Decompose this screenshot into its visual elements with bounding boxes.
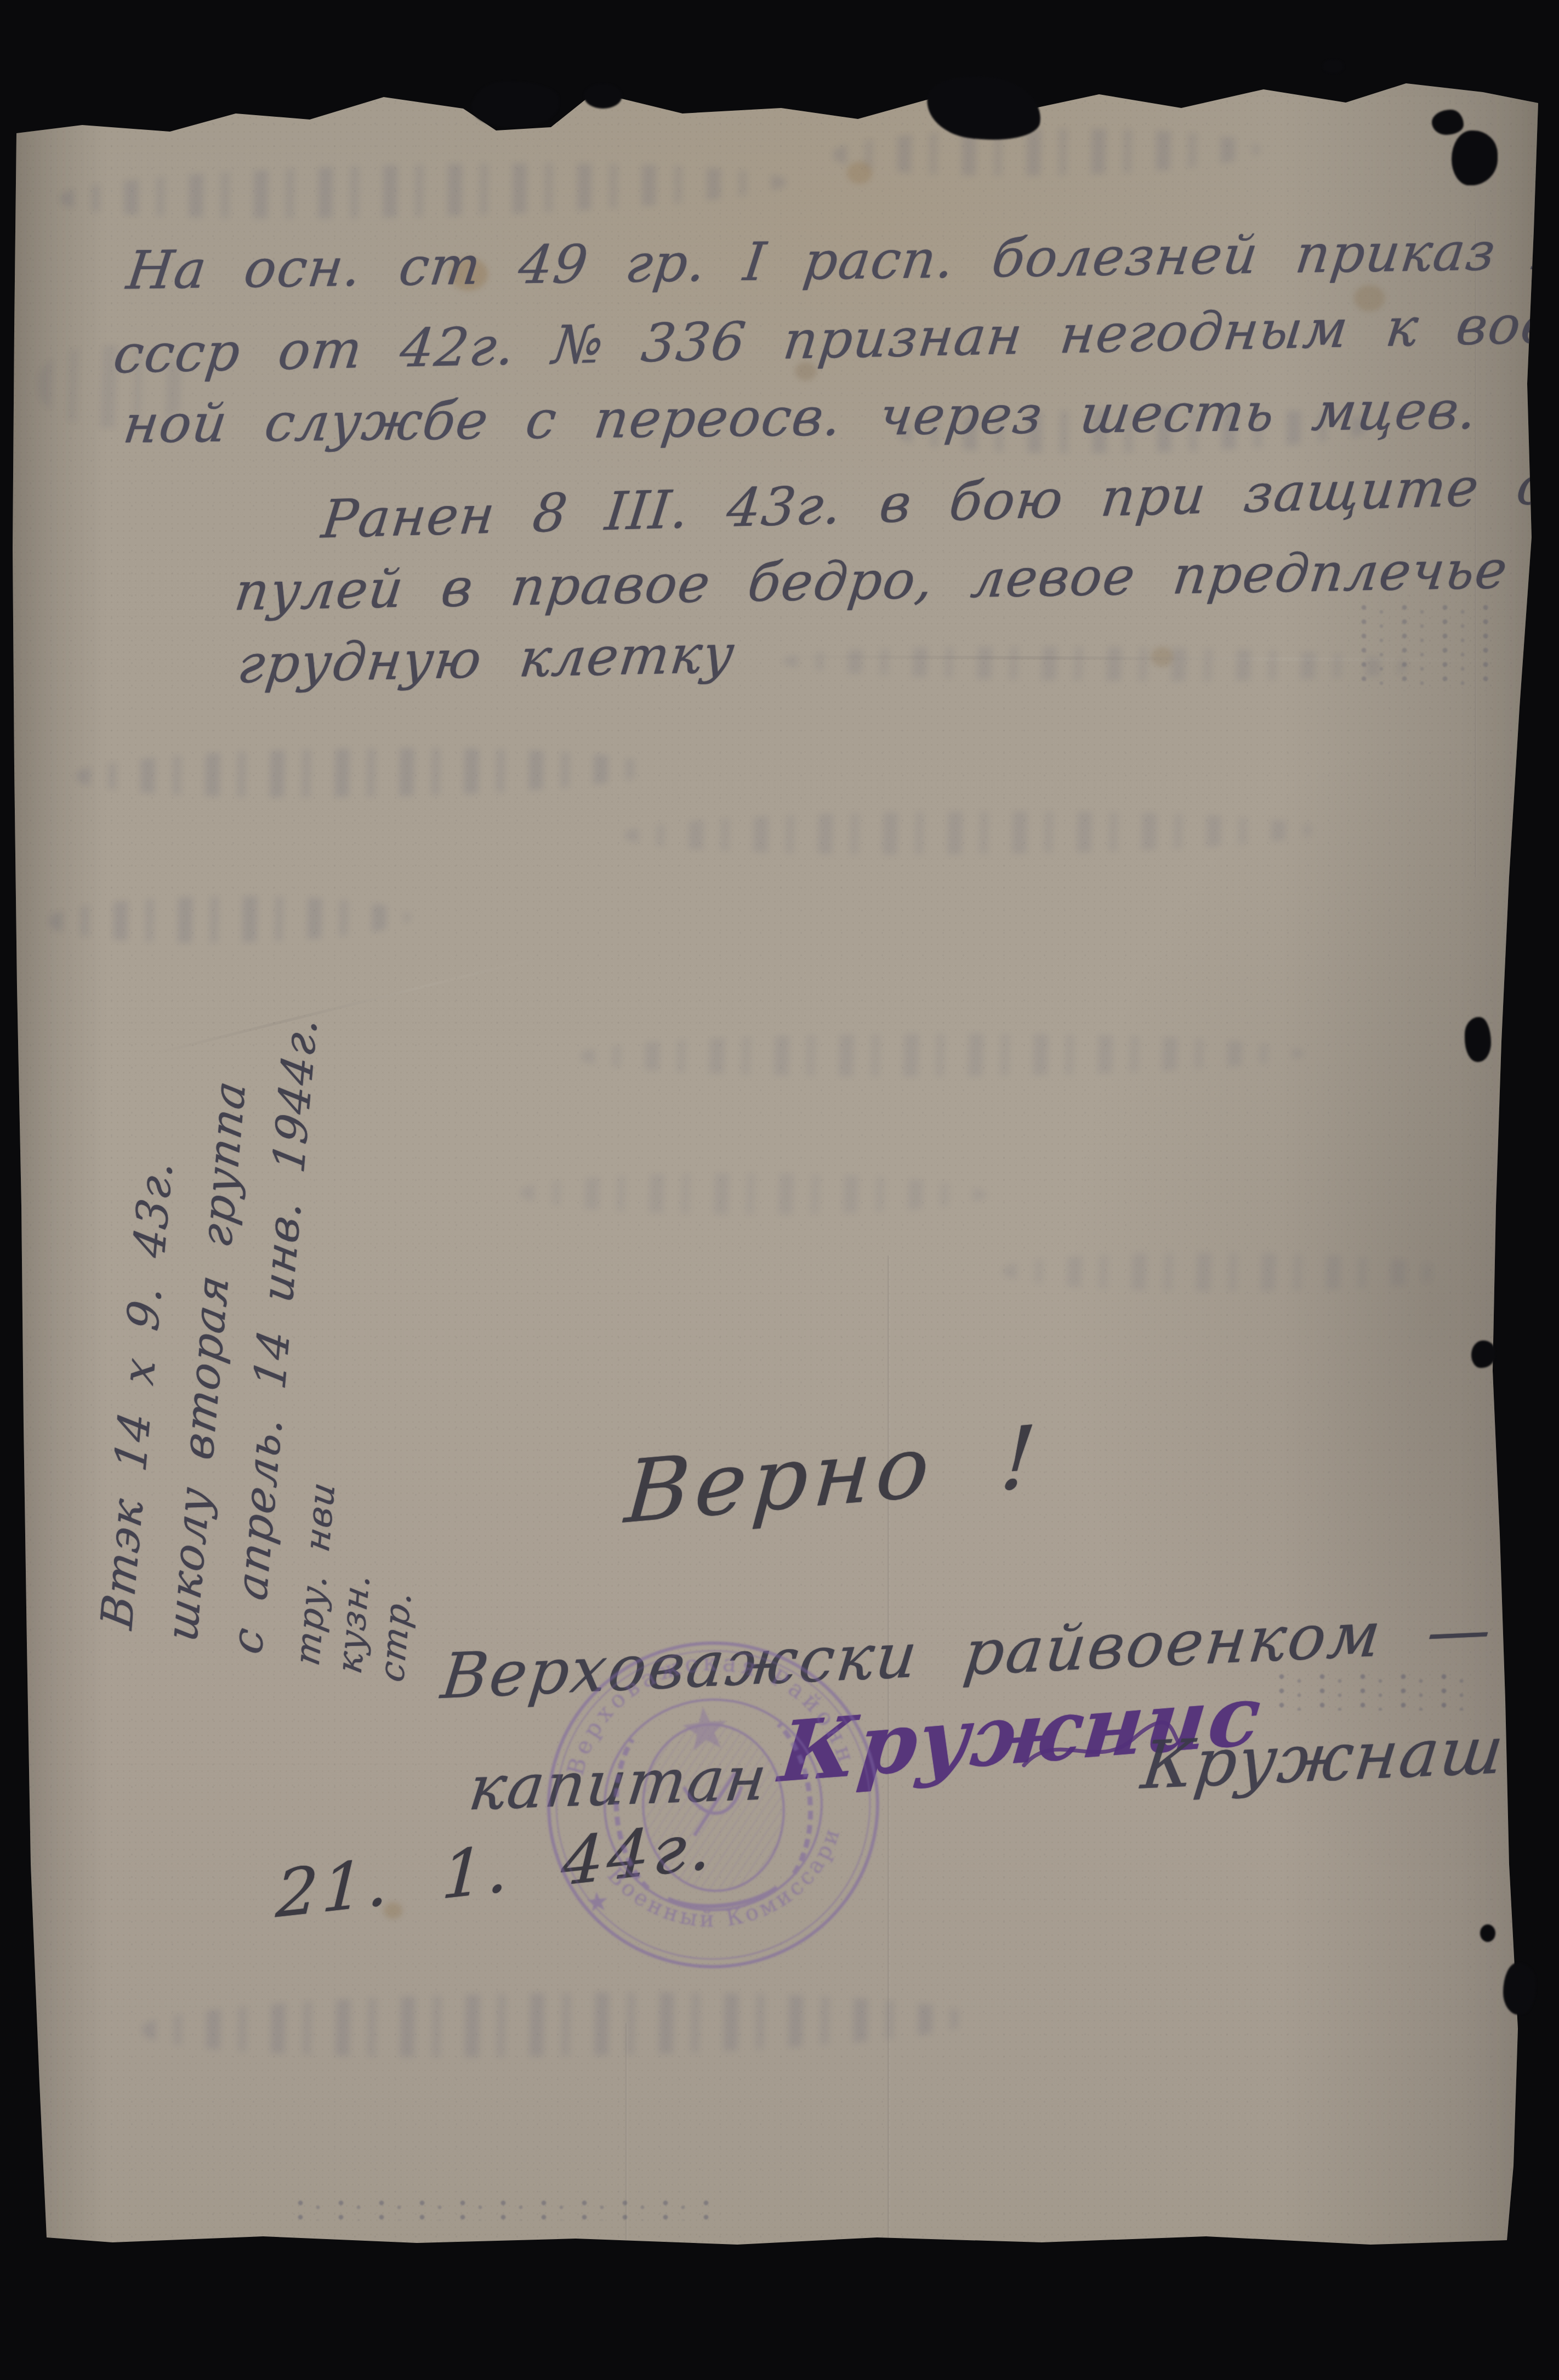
ink-blot bbox=[1322, 59, 1344, 73]
ink-blot bbox=[584, 83, 622, 109]
ink-blot bbox=[471, 81, 559, 128]
paper-edge-vignette bbox=[0, 0, 1559, 2380]
document-paper: На осн. ст 49 гр. I расп. болезней прика… bbox=[0, 0, 1559, 2380]
torn-hole bbox=[1480, 1924, 1495, 1942]
torn-hole bbox=[1432, 110, 1464, 135]
scan-background: На осн. ст 49 гр. I расп. болезней прика… bbox=[0, 0, 1559, 2380]
torn-hole bbox=[1465, 1017, 1491, 1062]
torn-hole bbox=[1503, 1963, 1536, 2015]
